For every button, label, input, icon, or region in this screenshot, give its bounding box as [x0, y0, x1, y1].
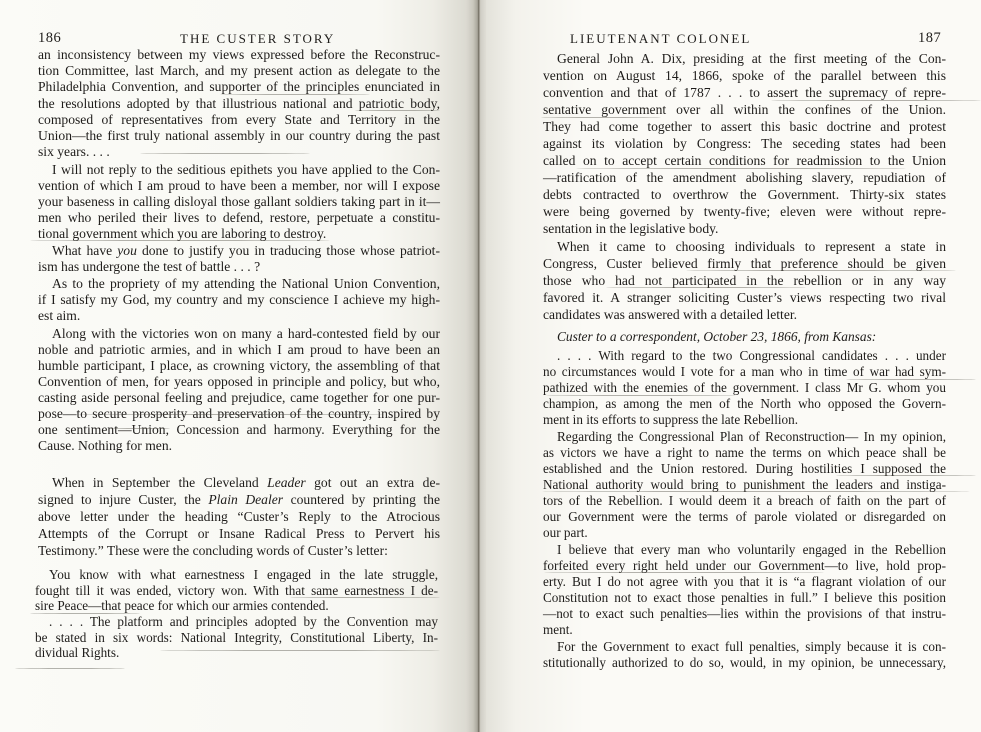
text-line: . . . . The platform and principles adop… — [49, 614, 438, 630]
pencil-underline — [290, 597, 440, 598]
text-line: I will not reply to the seditious epithe… — [52, 162, 440, 178]
text-line: six years. . . . — [38, 144, 440, 160]
pencil-underline — [846, 379, 976, 380]
text-line: one sentiment—Union, Concession and harm… — [38, 422, 440, 438]
pencil-underline — [771, 100, 981, 101]
text-line: . . . . With regard to the two Congressi… — [557, 348, 946, 364]
text-line: sentation in the legislative body. — [543, 221, 946, 237]
text-line: You know with what earnestness I engaged… — [49, 567, 438, 583]
text-line: called on to accept certain conditions f… — [543, 153, 946, 169]
text-line: pathized with the enemies of the governm… — [543, 380, 946, 396]
italic-text: Leader — [267, 475, 306, 490]
text-line: favored it. A stranger soliciting Custer… — [543, 290, 946, 306]
text-line: Testimony.” These were the concluding wo… — [38, 543, 440, 559]
text-line: —ratification of the amendment abolishin… — [543, 170, 946, 186]
text-line: humble participant, I place, as crowning… — [38, 358, 440, 374]
text-line: stitutionally authorized to do so, would… — [543, 655, 946, 671]
text-line: When it came to choosing individuals to … — [557, 239, 946, 255]
text-line: Regarding the Congressional Plan of Reco… — [557, 429, 946, 445]
text-line: ment in its efforts to suppress the late… — [543, 412, 946, 428]
pencil-underline — [75, 414, 385, 415]
text-line: champion, as among the men of the North … — [543, 396, 946, 412]
pencil-underline — [30, 613, 140, 614]
text-line: Convention of men, for years opposed in … — [38, 374, 440, 390]
text-line: convention and that of 1787 . . . to ass… — [543, 85, 946, 101]
text-line: casting aside personal feeling and preju… — [38, 390, 440, 406]
text-line: Constitution not to exact those penaltie… — [543, 590, 946, 606]
letter-heading: Custer to a correspondent, October 23, 1… — [557, 329, 876, 345]
text-line: ment. — [543, 622, 946, 638]
italic-text: Plain Dealer — [208, 492, 283, 507]
text-line: As to the propriety of my attending the … — [52, 276, 440, 292]
text-line: dividual Rights. — [35, 645, 438, 661]
text-line: Cause. Nothing for men. — [38, 438, 440, 454]
pencil-underline — [686, 270, 956, 271]
text-line: your baseness in calling disloyal those … — [38, 194, 440, 210]
text-line: no circumstances would I vote for a man … — [543, 364, 946, 380]
pencil-underline — [355, 110, 440, 111]
running-head-title: THE CUSTER STORY — [180, 31, 335, 47]
text-line: General John A. Dix, presiding at the fi… — [557, 51, 946, 67]
text-line: if I satisfy my God, my country and my c… — [38, 292, 440, 308]
text-line: For the Government to exact full penalti… — [557, 639, 946, 655]
pencil-underline — [160, 650, 440, 651]
pencil-underline — [541, 491, 971, 492]
pencil-underline — [541, 117, 661, 118]
pencil-underline — [110, 428, 170, 429]
running-head-title: LIEUTENANT COLONEL — [570, 31, 751, 47]
pencil-underline — [606, 287, 806, 288]
text-line: est aim. — [38, 308, 440, 324]
text-line: What have you done to justify you in tra… — [52, 243, 440, 259]
text-line: tors of the Rebellion. I would deem it a… — [543, 493, 946, 509]
pencil-underline — [220, 94, 370, 95]
text-line: vention on August 14, 1866, spoke of the… — [543, 68, 946, 84]
text-line: candidates was answered with a detailed … — [543, 307, 946, 323]
pencil-underline — [15, 668, 125, 669]
italic-text: you — [117, 243, 137, 258]
text-line: as victors we have a right to name the t… — [543, 445, 946, 461]
text-line: Along with the victories won on many a h… — [52, 326, 440, 342]
text-line: tion Committee, last March, and my prese… — [38, 63, 440, 79]
text-line: sentative government over all within the… — [543, 102, 946, 118]
text-line: Philadelphia Convention, and supporter o… — [38, 79, 440, 95]
text-line: against its violation by Congress: The s… — [543, 136, 946, 152]
text-line: noble and patriotic armies, and in which… — [38, 342, 440, 358]
page-number: 187 — [918, 30, 941, 47]
text-line: I believe that every man who voluntarily… — [557, 542, 946, 558]
text-line: be stated in six words: National Integri… — [35, 630, 438, 646]
pencil-underline — [546, 395, 736, 396]
text-line: our Government were the terms of parole … — [543, 509, 946, 525]
text-line: Attempts of the Corrupt or Insane Radica… — [38, 526, 440, 542]
text-line: sire Peace—that peace for which our armi… — [35, 598, 438, 614]
pencil-underline — [30, 240, 330, 241]
page-number: 186 — [38, 30, 61, 47]
text-line: When in September the Cleveland Leader g… — [52, 475, 440, 491]
text-line: ism has undergone the test of battle . .… — [38, 259, 440, 275]
text-line: Union—the first truly national assembly … — [38, 128, 440, 144]
right-page: LIEUTENANT COLONEL 187 Custer to a corre… — [486, 0, 981, 732]
text-line: signed to injure Custer, the Plain Deale… — [38, 492, 440, 508]
pencil-underline — [544, 572, 824, 573]
text-line: They had come together to assert this ba… — [543, 119, 946, 135]
text-line: debts contracted to overthrow the Govern… — [543, 187, 946, 203]
text-line: vention of which I am proud to have been… — [38, 178, 440, 194]
text-line: men who periled their lives to defend, r… — [38, 210, 440, 226]
text-line: composed of representatives from every S… — [38, 112, 440, 128]
text-line: our part. — [543, 525, 946, 541]
text-line: were being governed by twenty-five; elev… — [543, 204, 946, 220]
text-line: an inconsistency between my views expres… — [38, 47, 440, 63]
text-line: —not to exact such penalties—lies within… — [543, 606, 946, 622]
text-line: above letter under the heading “Custer’s… — [38, 509, 440, 525]
pencil-underline — [140, 153, 310, 154]
text-line: erty. But I do not agree with you that i… — [543, 574, 946, 590]
pencil-underline — [836, 475, 976, 476]
pencil-underline — [576, 168, 906, 169]
